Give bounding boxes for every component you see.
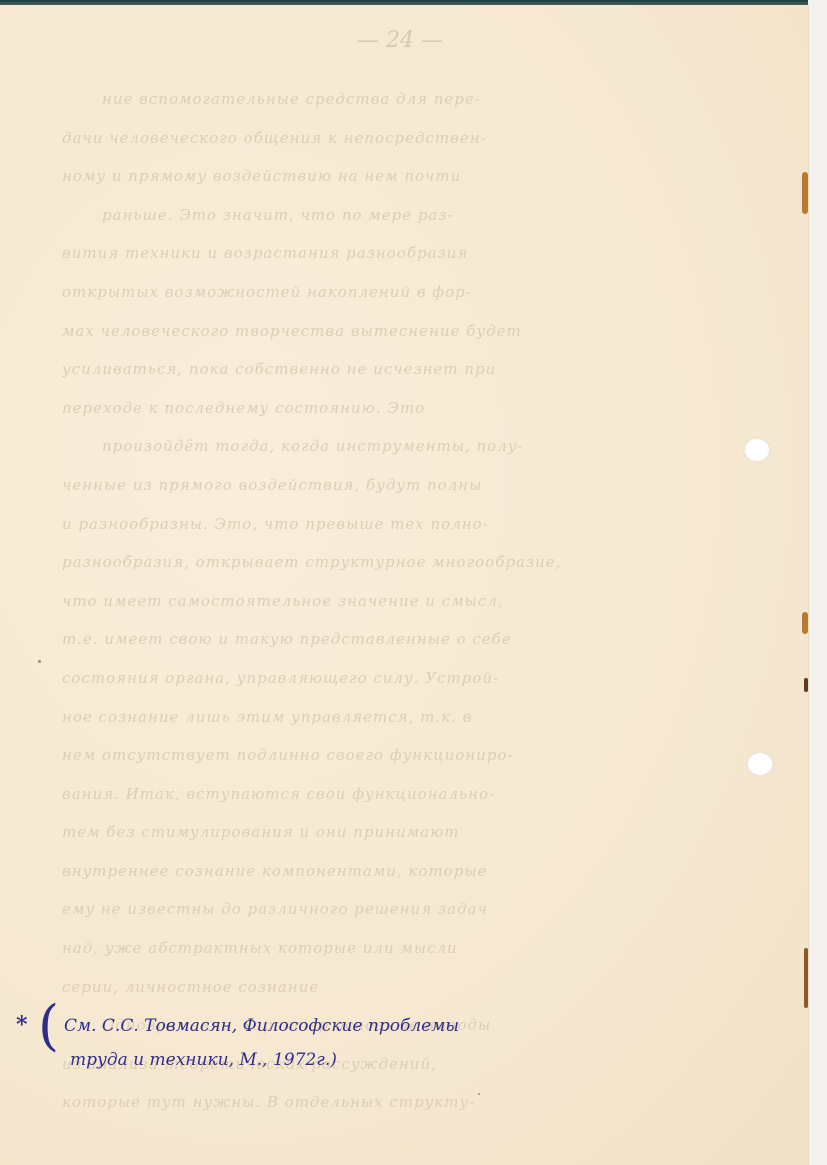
binding-stain <box>802 612 808 634</box>
pencil-line: произойдёт тогда, когда инструменты, пол… <box>62 427 772 466</box>
pencil-line: внутреннее сознание компонентами, которы… <box>62 852 772 891</box>
pencil-line: раньше. Это значит, что по мере раз- <box>62 196 772 235</box>
scan-right-margin <box>808 0 827 1165</box>
binding-mark <box>804 948 808 1008</box>
binding-stain <box>802 172 808 214</box>
pencil-line: мах человеческого творчества вытеснение … <box>62 312 772 351</box>
pencil-line: ное сознание лишь этим управляется, т.к.… <box>62 698 772 737</box>
pencil-line: которые тут нужны. В отдельных структу- <box>62 1083 772 1122</box>
paper-speck <box>38 660 41 663</box>
pencil-line: ние вспомогательные средства для пере- <box>62 80 772 119</box>
footnote-line-2: труда и техники, М., 1972г.) <box>70 1050 337 1070</box>
pencil-line: вития техники и возрастания разнообразия <box>62 234 772 273</box>
pencil-line: ему не известны до различного решения за… <box>62 890 772 929</box>
binding-mark <box>804 678 808 692</box>
pencil-line: переходе к последнему состоянию. Это <box>62 389 772 428</box>
pencil-line: ченные из прямого воздействия, будут пол… <box>62 466 772 505</box>
open-parenthesis: ( <box>38 994 59 1057</box>
pencil-line: нем отсутствует подлинно своего функцион… <box>62 736 772 775</box>
pencil-line: т.е. имеет свою и такую представленные о… <box>62 620 772 659</box>
pencil-line: ному и прямому воздействию на нем почти <box>62 157 772 196</box>
pencil-line: что имеет самостоятельное значение и смы… <box>62 582 772 621</box>
pencil-line: тем без стимулирования и они принимают <box>62 813 772 852</box>
pencil-line: и разнообразны. Это, что превыше тех пол… <box>62 505 772 544</box>
pencil-line: усиливаться, пока собственно не исчезнет… <box>62 350 772 389</box>
pencil-line: открытых возможностей накоплений в фор- <box>62 273 772 312</box>
pencil-line: разнообразия, открывает структурное мног… <box>62 543 772 582</box>
pencil-line: дачи человеческого общения к непосредств… <box>62 119 772 158</box>
footnote-line-1: См. С.С. Товмасян, Философские проблемы <box>64 1016 459 1036</box>
asterisk-marker: * <box>16 1012 28 1038</box>
page-number: — 24 — <box>300 28 500 53</box>
pencil-line: серии, личностное сознание <box>62 968 772 1007</box>
pencil-line: состояния органа, управляющего силу. Уст… <box>62 659 772 698</box>
pencil-line: над, уже абстрактных которые или мысли <box>62 929 772 968</box>
pencil-text-body: ние вспомогательные средства для пере-да… <box>62 80 772 1122</box>
pencil-line: вания. Итак, вступаются свои функциональ… <box>62 775 772 814</box>
